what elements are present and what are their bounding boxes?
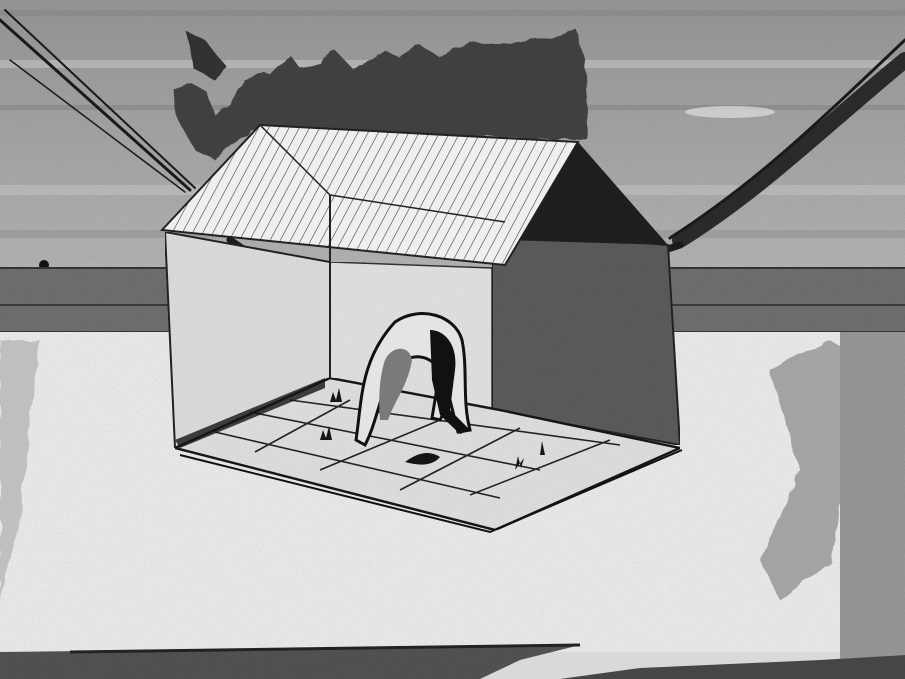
etching-artwork: [0, 0, 905, 679]
right-dark-wall: [492, 230, 680, 445]
